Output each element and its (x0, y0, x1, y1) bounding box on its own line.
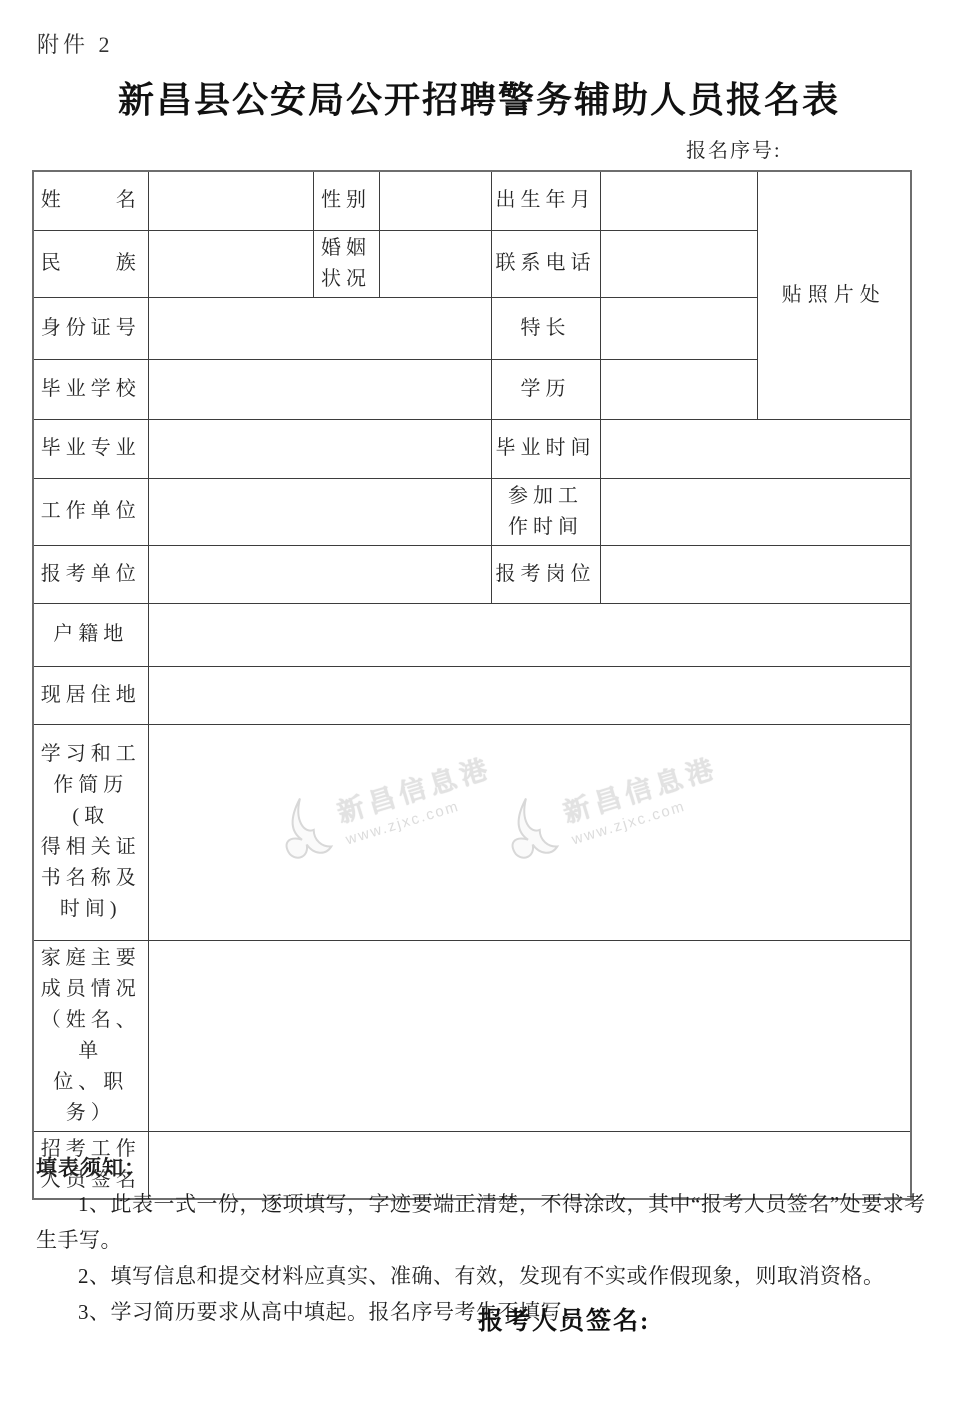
field-name (148, 171, 313, 230)
label-work-start-date: 参加工 作时间 (491, 478, 600, 545)
field-employer (148, 478, 491, 545)
note-item-2: 2、填写信息和提交材料应真实、准确、有效，发现有不实或作假现象，则取消资格。 (36, 1258, 944, 1294)
label-school: 毕业学校 (33, 359, 148, 419)
field-ethnicity (148, 230, 313, 297)
label-family-members: 家庭主要 成员情况 （姓名、单 位、职务） (33, 940, 148, 1131)
label-id-number: 身份证号 (33, 297, 148, 359)
field-registered-residence (148, 603, 911, 666)
photo-area: 贴照片处 (757, 171, 911, 419)
label-ethnicity: 民 族 (33, 230, 148, 297)
label-graduation-date: 毕业时间 (491, 419, 600, 478)
field-specialty (600, 297, 757, 359)
attachment-label: 附件 2 (37, 28, 114, 59)
label-current-residence: 现居住地 (33, 666, 148, 724)
field-marital-status (379, 230, 491, 297)
label-education: 学历 (491, 359, 600, 419)
field-study-work-history (148, 724, 911, 940)
notes-heading: 填表须知： (36, 1150, 944, 1186)
label-apply-unit: 报考单位 (33, 545, 148, 603)
field-phone (600, 230, 757, 297)
label-registered-residence: 户籍地 (33, 603, 148, 666)
label-major: 毕业专业 (33, 419, 148, 478)
field-apply-position (600, 545, 911, 603)
field-current-residence (148, 666, 911, 724)
field-education (600, 359, 757, 419)
serial-number-label: 报名序号: (686, 134, 782, 163)
field-school (148, 359, 491, 419)
label-phone: 联系电话 (491, 230, 600, 297)
label-apply-position: 报考岗位 (491, 545, 600, 603)
field-major (148, 419, 491, 478)
field-id-number (148, 297, 491, 359)
label-specialty: 特长 (491, 297, 600, 359)
field-apply-unit (148, 545, 491, 603)
application-form-table: 姓 名 性别 出生年月 贴照片处 民 族 婚姻 状况 联系电话 身份证号 特长 … (32, 170, 912, 1200)
field-birth-date (600, 171, 757, 230)
field-family-members (148, 940, 911, 1131)
note-item-1: 1、此表一式一份，逐项填写，字迹要端正清楚，不得涂改，其中“报考人员签名”处要求… (36, 1186, 944, 1258)
field-graduation-date (600, 419, 911, 478)
field-gender (379, 171, 491, 230)
page-title: 新昌县公安局公开招聘警务辅助人员报名表 (0, 72, 958, 123)
applicant-signature-label: 报考人员签名: (478, 1301, 650, 1337)
label-name: 姓 名 (33, 171, 148, 230)
label-marital-status: 婚姻 状况 (313, 230, 379, 297)
field-work-start-date (600, 478, 911, 545)
label-employer: 工作单位 (33, 478, 148, 545)
label-study-work-history: 学习和工 作简历(取 得相关证 书名称及 时间) (33, 724, 148, 940)
label-birth-date: 出生年月 (491, 171, 600, 230)
label-gender: 性别 (313, 171, 379, 230)
